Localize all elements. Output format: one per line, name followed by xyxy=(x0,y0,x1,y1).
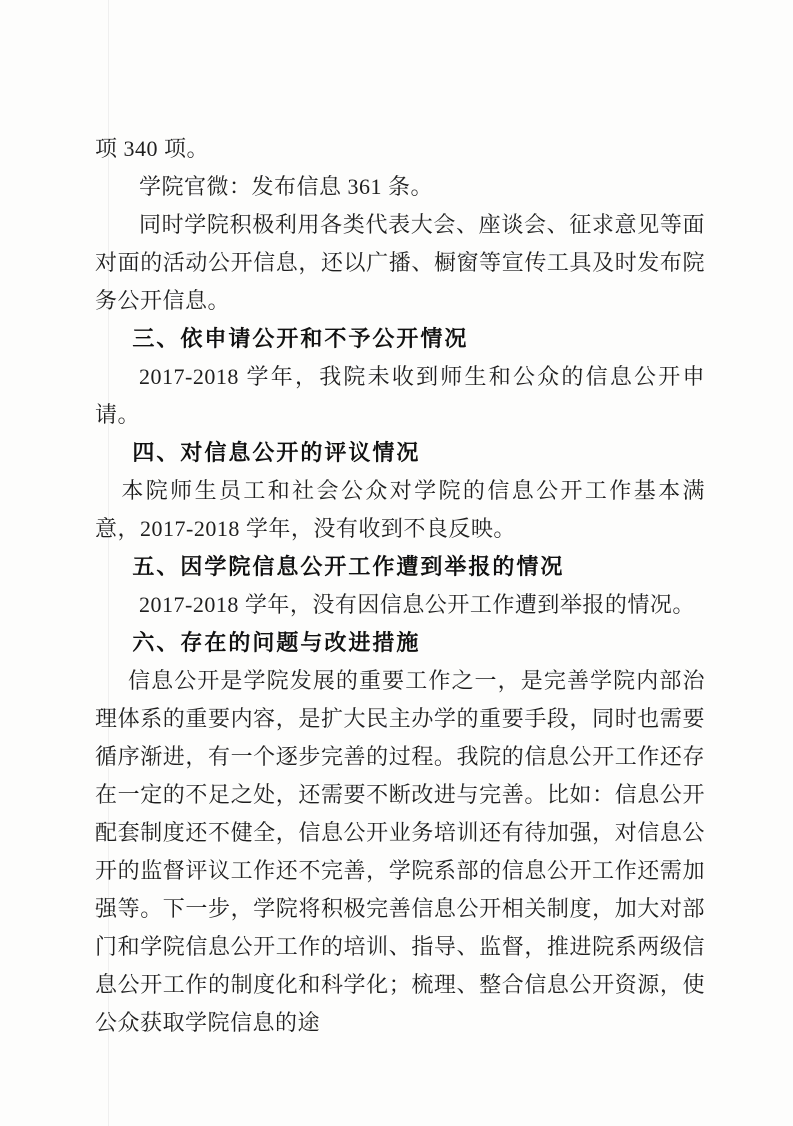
paragraph-section-3: 2017-2018 学年，我院未收到师生和公众的信息公开申请。 xyxy=(95,358,705,434)
paragraph-open-activities: 同时学院积极利用各类代表大会、座谈会、征求意见等面对面的活动公开信息，还以广播、… xyxy=(95,206,705,320)
document-content: 项 340 项。 学院官微：发布信息 361 条。 同时学院积极利用各类代表大会… xyxy=(95,130,705,1042)
section-heading-3: 三、依申请公开和不予公开情况 xyxy=(95,320,705,358)
paragraph-section-6: 信息公开是学院发展的重要工作之一，是完善学院内部治理体系的重要内容，是扩大民主办… xyxy=(95,662,705,1042)
section-heading-4: 四、对信息公开的评议情况 xyxy=(95,434,705,472)
section-heading-5: 五、因学院信息公开工作遭到举报的情况 xyxy=(95,548,705,586)
section-heading-6: 六、存在的问题与改进措施 xyxy=(95,624,705,662)
continuation-paragraph: 项 340 项。 xyxy=(95,130,705,168)
paragraph-section-4: 本院师生员工和社会公众对学院的信息公开工作基本满意，2017-2018 学年，没… xyxy=(95,472,705,548)
paragraph-section-5: 2017-2018 学年，没有因信息公开工作遭到举报的情况。 xyxy=(95,586,705,624)
paragraph-official-weibo: 学院官微：发布信息 361 条。 xyxy=(95,168,705,206)
document-page: 项 340 项。 学院官微：发布信息 361 条。 同时学院积极利用各类代表大会… xyxy=(0,0,793,1126)
